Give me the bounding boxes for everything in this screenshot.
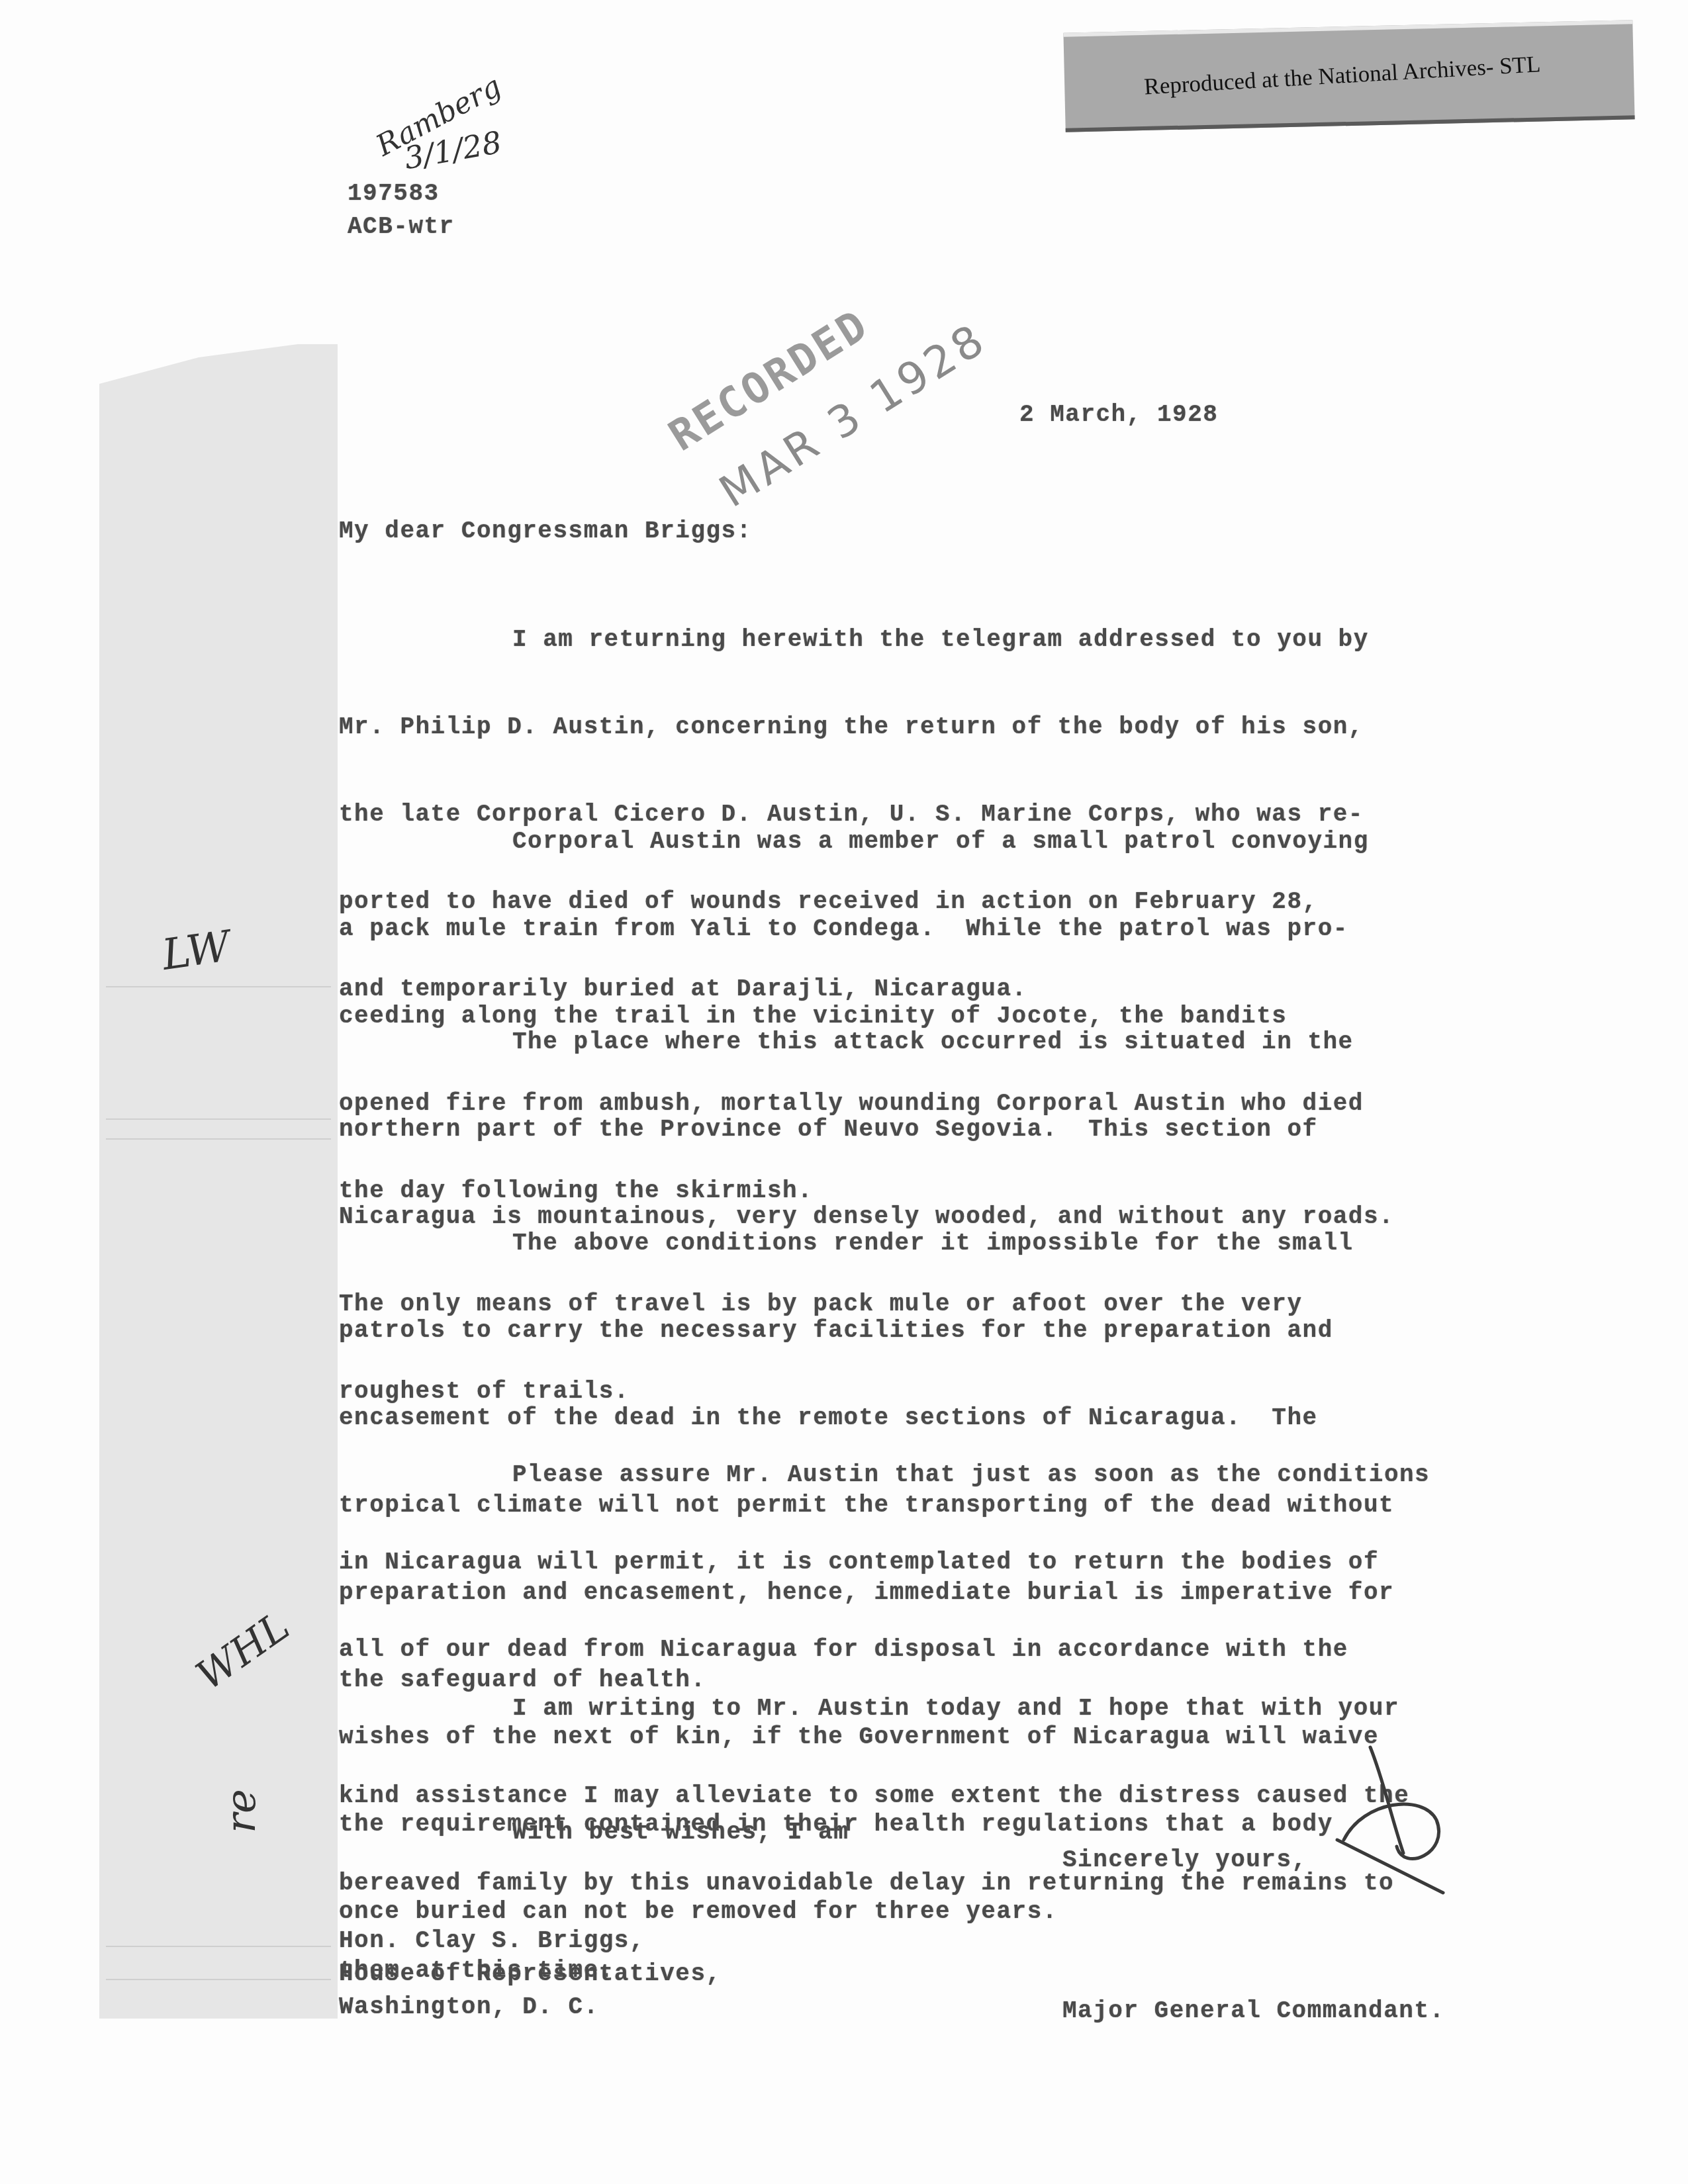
letter-date: 2 March, 1928	[1019, 401, 1218, 428]
paragraph-line: northern part of the Province of Neuvo S…	[339, 1113, 1530, 1146]
paragraph-line: patrols to carry the necessary facilitie…	[339, 1314, 1530, 1347]
signature	[1324, 1741, 1496, 1913]
margin-initials: LW	[159, 922, 233, 980]
complimentary-close: Sincerely yours,	[1062, 1846, 1307, 1874]
margin-shadow-strip	[99, 344, 338, 2019]
addressee-office: House of Representatives,	[339, 1960, 722, 1987]
paragraph-line: The place where this attack occurred is …	[339, 1026, 1530, 1059]
paragraph-line: in Nicaragua will permit, it is contempl…	[339, 1546, 1530, 1579]
paragraph-line: a pack mule train from Yali to Condega. …	[339, 913, 1530, 946]
scan-line	[106, 1946, 331, 1947]
margin-note: re	[216, 1789, 265, 1833]
scan-line	[106, 1979, 331, 1980]
letter-page: Reproduced at the National Archives- STL…	[0, 0, 1688, 2184]
archive-label: Reproduced at the National Archives- STL	[1063, 20, 1634, 132]
scan-line	[106, 1138, 331, 1140]
addressee-name: Hon. Clay S. Briggs,	[339, 1927, 645, 1954]
paragraph-line: Please assure Mr. Austin that just as so…	[339, 1459, 1530, 1492]
salutation: My dear Congressman Briggs:	[339, 518, 752, 545]
paragraph-line: Corporal Austin was a member of a small …	[339, 825, 1530, 858]
closing-lead: With best wishes, I am	[512, 1819, 849, 1846]
archive-label-text: Reproduced at the National Archives- STL	[1143, 51, 1541, 100]
paragraph-line: Mr. Philip D. Austin, concerning the ret…	[339, 711, 1530, 744]
paragraph-line: I am returning herewith the telegram add…	[339, 623, 1530, 657]
paragraph-line: I am writing to Mr. Austin today and I h…	[339, 1692, 1530, 1725]
file-number: 197583	[348, 180, 440, 207]
reference-initials: ACB-wtr	[348, 213, 455, 240]
signer-title: Major General Commandant.	[1062, 1997, 1445, 2025]
scan-line	[106, 986, 331, 987]
scan-line	[106, 1118, 331, 1120]
addressee-city: Washington, D. C.	[339, 1993, 599, 2021]
paragraph-line: The above conditions render it impossibl…	[339, 1227, 1530, 1260]
